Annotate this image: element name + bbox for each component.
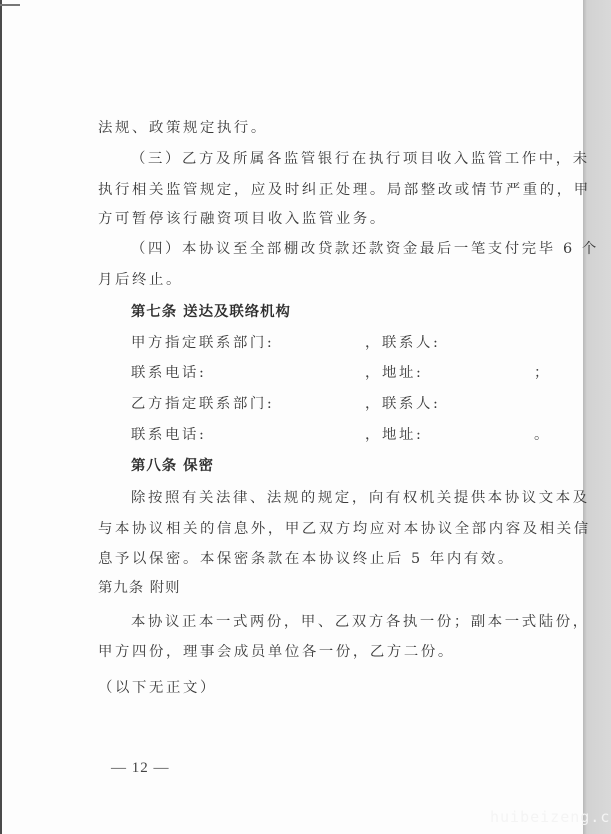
closing-note: （以下无正文）: [98, 679, 217, 697]
contact-end-punct: 。: [534, 426, 548, 444]
article-9-heading: 第九条 附则: [98, 579, 181, 597]
paragraph-line: 执行相关监管规定，应及时纠正处理。局部整改或情节严重的，甲: [98, 181, 591, 199]
contact-label: 乙方指定联系部门:: [131, 395, 274, 413]
contact-end-punct: ；: [534, 364, 548, 382]
paragraph-line: 甲方四份，理事会成员单位各一份，乙方二份。: [98, 643, 455, 661]
contact-label: ，联系人:: [365, 334, 440, 352]
contact-label: 甲方指定联系部门:: [131, 334, 274, 352]
paragraph-line: 息予以保密。本保密条款在本协议终止后 5 年内有效。: [98, 550, 515, 568]
paragraph-line: 除按照有关法律、法规的规定，向有权机关提供本协议文本及: [131, 489, 590, 507]
paragraph-line: 与本协议相关的信息外，甲乙双方均应对本协议全部内容及相关信: [98, 520, 591, 538]
page-number: — 12 —: [111, 760, 170, 777]
scan-right-shadow: [583, 0, 611, 834]
paragraph-line: （四）本协议至全部棚改贷款还款资金最后一笔支付完毕 6 个: [131, 240, 599, 258]
contact-label: ，联系人:: [365, 395, 440, 413]
paragraph-line: 法规、政策规定执行。: [98, 119, 268, 137]
paragraph-line: 月后终止。: [98, 271, 183, 289]
contact-label: ，地址:: [365, 364, 423, 382]
document-page: 法规、政策规定执行。 （三）乙方及所属各监管银行在执行项目收入监管工作中，未 执…: [0, 0, 583, 834]
article-7-heading: 第七条 送达及联络机构: [131, 303, 291, 321]
contact-label: 联系电话:: [131, 364, 206, 382]
paragraph-line: （三）乙方及所属各监管银行在执行项目收入监管工作中，未: [131, 150, 590, 168]
article-8-heading: 第八条 保密: [131, 457, 214, 475]
paragraph-line: 本协议正本一式两份，甲、乙双方各执一份；副本一式陆份，: [131, 613, 590, 631]
contact-label: 联系电话:: [131, 426, 206, 444]
paragraph-line: 方可暂停该行融资项目收入监管业务。: [98, 210, 387, 228]
watermark: huibeizeng.com: [490, 808, 611, 826]
contact-label: ，地址:: [365, 426, 423, 444]
